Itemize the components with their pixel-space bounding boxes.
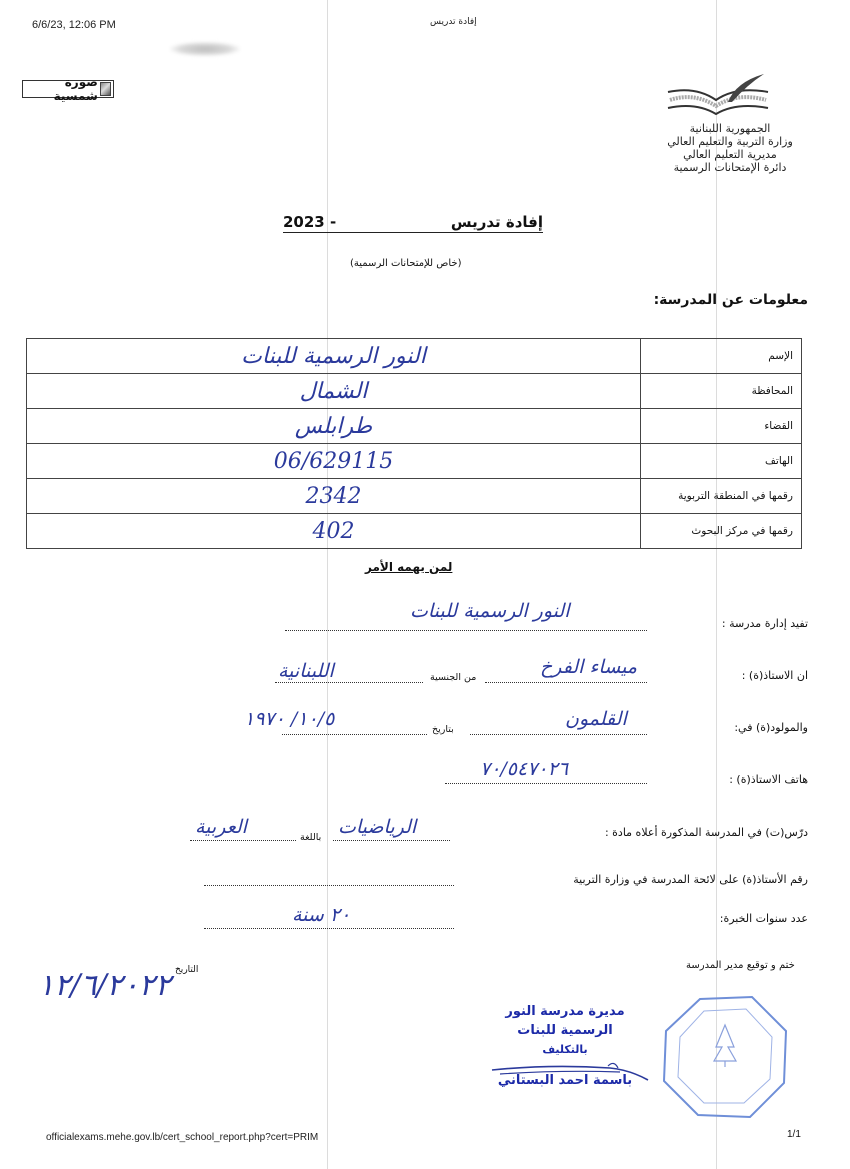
language-label: باللغة xyxy=(300,832,321,843)
experience-label: عدد سنوات الخبرة: xyxy=(720,912,808,925)
redacted-smudge xyxy=(170,42,240,56)
born-in-label: والمولود(ة) في: xyxy=(734,721,808,734)
dotted-line xyxy=(333,840,450,841)
dotted-line xyxy=(285,630,647,631)
registry-value-line xyxy=(204,885,454,886)
ministry-line: دائرة الإمتحانات الرسمية xyxy=(650,161,810,174)
table-row: رقمها في المنطقة التربوية 2342 xyxy=(27,479,802,514)
scan-fold-line xyxy=(327,0,328,1169)
dotted-line xyxy=(190,840,296,841)
born-in-value: القلمون xyxy=(565,708,627,730)
print-page-title: إفادة تدريس xyxy=(430,17,477,27)
dotted-line xyxy=(282,734,427,735)
ministry-line: مديرية التعليم العالي xyxy=(650,148,810,161)
signature-stroke-icon xyxy=(490,1060,650,1082)
scan-fold-line xyxy=(716,0,717,1169)
row-label: القضاء xyxy=(641,409,802,444)
document-subtitle: (خاص للإمتحانات الرسمية) xyxy=(350,258,462,269)
stamp-line: مديرة مدرسة النور الرسمية للبنات xyxy=(480,1002,650,1040)
signature-title: ختم و توقيع مدير المدرسة xyxy=(686,960,795,971)
photo-placeholder-label: صورة شمسية xyxy=(23,75,98,103)
table-row: المحافظة الشمال xyxy=(27,374,802,409)
stamp-line: بالتكليف xyxy=(480,1040,650,1059)
school-admin-value: النور الرسمية للبنات xyxy=(410,600,569,622)
to-whom-heading: لمن يهمه الأمر xyxy=(365,560,452,574)
document-title-year: 2023 - xyxy=(283,213,336,231)
taught-label: درّس(ت) في المدرسة المذكورة أعلاه مادة : xyxy=(605,826,808,839)
school-admin-label: تفيد إدارة مدرسة : xyxy=(722,617,808,630)
row-label: المحافظة xyxy=(641,374,802,409)
row-value: النور الرسمية للبنات xyxy=(27,339,641,374)
nationality-value: اللبنانية xyxy=(278,660,334,682)
table-row: رقمها في مركز البحوث 402 xyxy=(27,514,802,549)
birth-date-value: ١٠/٥/ ١٩٧٠ xyxy=(244,708,334,730)
octagonal-cedar-seal-icon xyxy=(660,995,790,1120)
ministry-logo-icon xyxy=(666,72,770,120)
row-value: 2342 xyxy=(27,479,641,514)
dotted-line xyxy=(470,734,647,735)
page-number: 1/1 xyxy=(787,1129,801,1140)
ministry-line: الجمهورية اللبنانية xyxy=(650,122,810,135)
row-label: الإسم xyxy=(641,339,802,374)
experience-value: ٢٠ سنة xyxy=(292,904,350,926)
print-timestamp: 6/6/23, 12:06 PM xyxy=(32,19,116,31)
row-label: الهاتف xyxy=(641,444,802,479)
document-title: إفادة تدريس 2023 - xyxy=(283,213,543,233)
photo-placeholder: صورة شمسية xyxy=(22,80,114,98)
row-label: رقمها في المنطقة التربوية xyxy=(641,479,802,514)
school-section-title: معلومات عن المدرسة: xyxy=(654,292,808,308)
table-row: القضاء طرابلس xyxy=(27,409,802,444)
language-value: العربية xyxy=(195,816,247,838)
registry-label: رقم الأستاذ(ة) على لائحة المدرسة في وزار… xyxy=(573,873,808,886)
broken-image-icon xyxy=(100,82,111,96)
ministry-header: الجمهورية اللبنانية وزارة التربية والتعل… xyxy=(650,122,810,174)
dotted-line xyxy=(204,928,454,929)
row-value: 402 xyxy=(27,514,641,549)
table-row: الإسم النور الرسمية للبنات xyxy=(27,339,802,374)
row-value: الشمال xyxy=(27,374,641,409)
date-value: ١٢/٦/٢٠٢٢ xyxy=(38,968,171,1003)
row-value: 06/629115 xyxy=(27,444,641,479)
table-row: الهاتف 06/629115 xyxy=(27,444,802,479)
row-value: طرابلس xyxy=(27,409,641,444)
school-info-table: الإسم النور الرسمية للبنات المحافظة الشم… xyxy=(26,338,802,549)
birth-date-label: بتاريخ xyxy=(432,724,454,735)
teacher-label: ان الاستاذ(ة) : xyxy=(742,669,808,682)
footer-url: officialexams.mehe.gov.lb/cert_school_re… xyxy=(46,1132,318,1143)
row-label: رقمها في مركز البحوث xyxy=(641,514,802,549)
teacher-phone-value: ٧٠/٥٤٧٠٢٦ xyxy=(480,758,568,780)
dotted-line xyxy=(485,682,647,683)
teacher-value: ميساء الفرخ xyxy=(540,656,637,678)
dotted-line xyxy=(275,682,423,683)
subject-value: الرياضيات xyxy=(338,816,416,838)
document-title-text: إفادة تدريس xyxy=(451,213,543,231)
ministry-line: وزارة التربية والتعليم العالي xyxy=(650,135,810,148)
nationality-label: من الجنسية xyxy=(430,672,476,683)
teacher-phone-label: هاتف الاستاذ(ة) : xyxy=(729,773,808,786)
dotted-line xyxy=(445,783,647,784)
date-label: التاريخ xyxy=(175,965,198,975)
